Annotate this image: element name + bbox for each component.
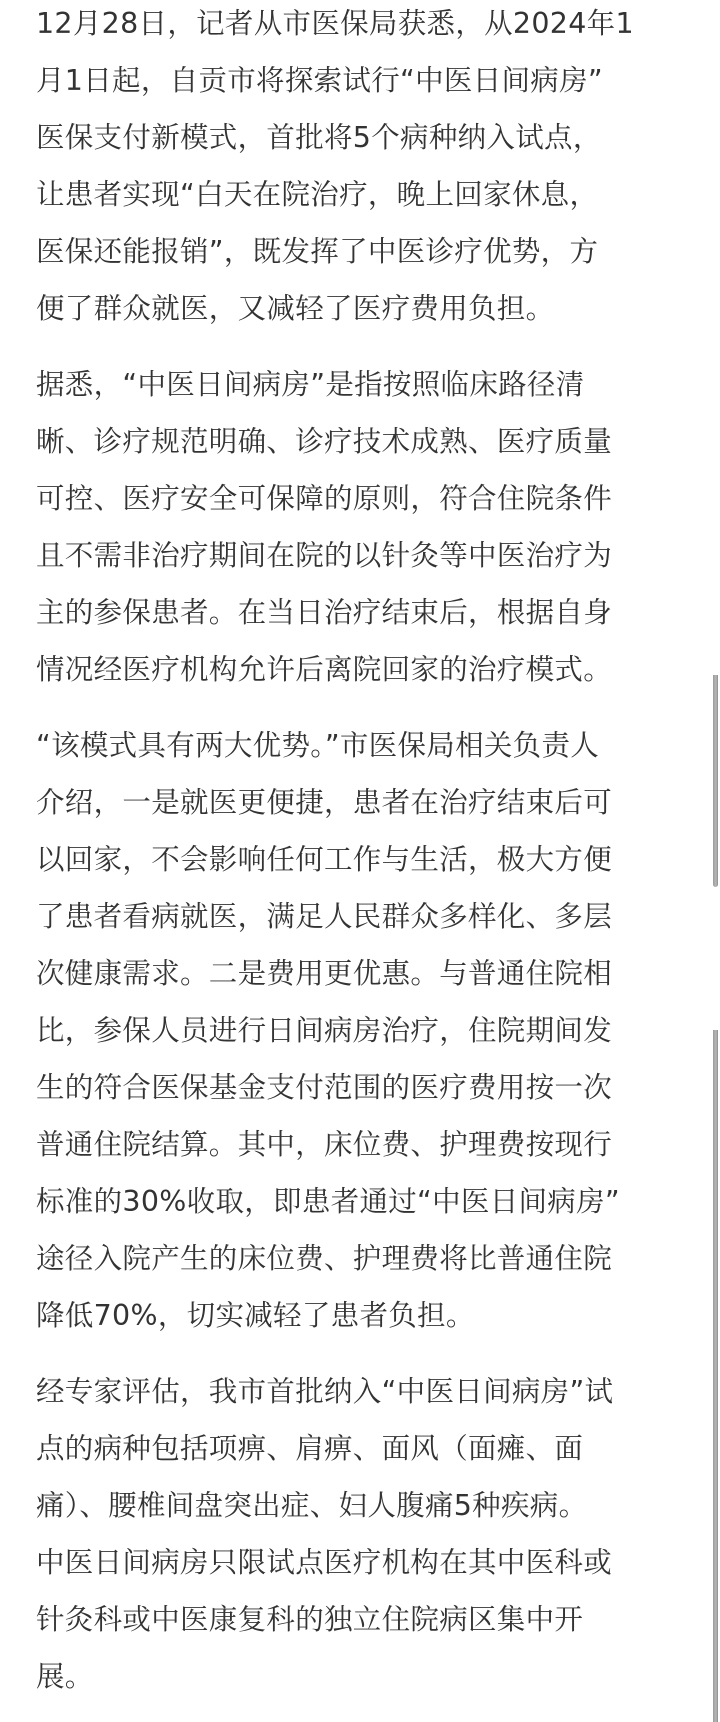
- paragraph-advantages: “该模式具有两大优势。”市医保局相关负责人 介绍，一是就医更便捷，患者在治疗结束…: [36, 722, 692, 1349]
- text-line: 标准的30%收取，即患者通过“中医日间病房”: [36, 1178, 692, 1235]
- text-line: 且不需非治疗期间在院的以针灸等中医治疗为: [36, 532, 692, 589]
- text-line: 生的符合医保基金支付范围的医疗费用按一次: [36, 1064, 692, 1121]
- text-line: 晰、诊疗规范明确、诊疗技术成熟、医疗质量: [36, 418, 692, 475]
- text-line: 展。: [36, 1653, 692, 1710]
- text-line: 可控、医疗安全可保障的原则，符合住院条件: [36, 475, 692, 532]
- text-line: 中医日间病房只限试点医疗机构在其中医科或: [36, 1539, 692, 1596]
- text-line: 月1日起，自贡市将探索试行“中医日间病房”: [36, 57, 692, 114]
- text-line: 降低70%，切实减轻了患者负担。: [36, 1292, 692, 1349]
- text-line: 了患者看病就医，满足人民群众多样化、多层: [36, 893, 692, 950]
- paragraph-definition: 据悉，“中医日间病房”是指按照临床路径清 晰、诊疗规范明确、诊疗技术成熟、医疗质…: [36, 361, 692, 703]
- text-line: 途径入院产生的床位费、护理费将比普通住院: [36, 1235, 692, 1292]
- scrollbar-thumb-lower[interactable]: [713, 1030, 718, 1722]
- text-line: 经专家评估，我市首批纳入“中医日间病房”试: [36, 1368, 692, 1425]
- text-line: 以回家，不会影响任何工作与生活，极大方便: [36, 836, 692, 893]
- text-line: 点的病种包括项痹、肩痹、面风（面瘫、面: [36, 1425, 692, 1482]
- text-line: 医保支付新模式，首批将5个病种纳入试点，: [36, 114, 692, 171]
- text-line: 主的参保患者。在当日治疗结束后，根据自身: [36, 589, 692, 646]
- text-line: 医保还能报销”，既发挥了中医诊疗优势，方: [36, 228, 692, 285]
- text-line: 据悉，“中医日间病房”是指按照临床路径清: [36, 361, 692, 418]
- text-line: 便了群众就医，又减轻了医疗费用负担。: [36, 285, 692, 342]
- text-line: 介绍，一是就医更便捷，患者在治疗结束后可: [36, 779, 692, 836]
- text-line: 让患者实现“白天在院治疗，晚上回家休息，: [36, 171, 692, 228]
- text-line: 12月28日，记者从市医保局获悉，从2024年1: [36, 0, 692, 57]
- text-line: “该模式具有两大优势。”市医保局相关负责人: [36, 722, 692, 779]
- paragraph-diseases: 经专家评估，我市首批纳入“中医日间病房”试 点的病种包括项痹、肩痹、面风（面瘫、…: [36, 1368, 692, 1710]
- text-line: 情况经医疗机构允许后离院回家的治疗模式。: [36, 646, 692, 703]
- vertical-scrollbar[interactable]: [712, 0, 720, 1722]
- text-line: 针灸科或中医康复科的独立住院病区集中开: [36, 1596, 692, 1653]
- scrollbar-thumb-upper[interactable]: [713, 675, 718, 887]
- text-line: 比，参保人员进行日间病房治疗，住院期间发: [36, 1007, 692, 1064]
- text-line: 普通住院结算。其中，床位费、护理费按现行: [36, 1121, 692, 1178]
- text-line: 次健康需求。二是费用更优惠。与普通住院相: [36, 950, 692, 1007]
- text-line: 痛）、腰椎间盘突出症、妇人腹痛5种疾病。: [36, 1482, 692, 1539]
- article-body: 12月28日，记者从市医保局获悉，从2024年1 月1日起，自贡市将探索试行“中…: [36, 0, 692, 1722]
- paragraph-intro: 12月28日，记者从市医保局获悉，从2024年1 月1日起，自贡市将探索试行“中…: [36, 0, 692, 342]
